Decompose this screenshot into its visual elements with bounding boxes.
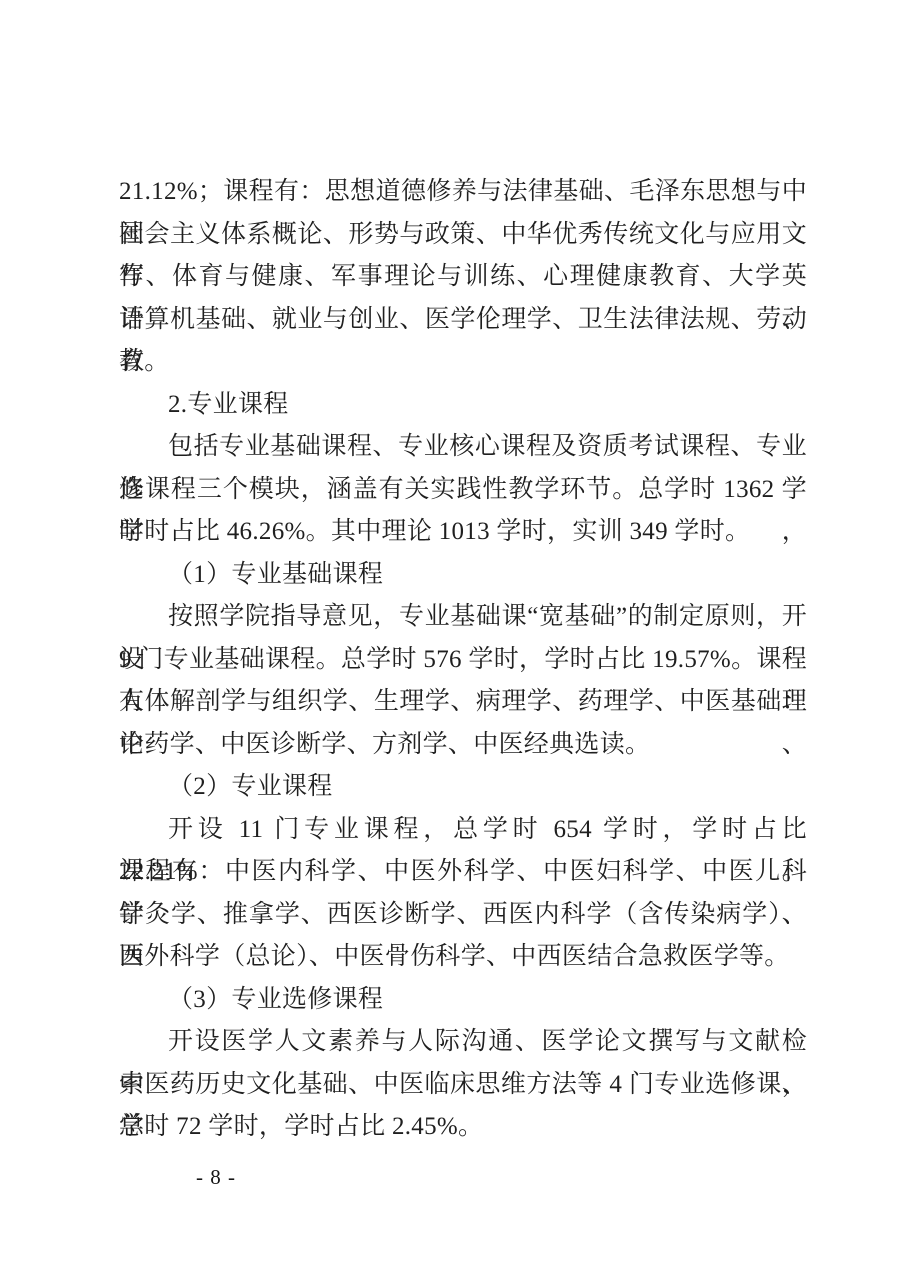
text-line: 计算机基础、就业与创业、医学伦理学、卫生法律法规、劳动教	[119, 299, 807, 342]
text-line: （2）专业课程	[119, 766, 807, 809]
text-line: 学时 72 学时，学时占比 2.45%。	[119, 1106, 807, 1149]
text-line: （3）专业选修课程	[119, 979, 807, 1022]
text-line: 21.12%；课程有：思想道德修养与法律基础、毛泽东思想与中国	[119, 171, 807, 214]
text-line: 人体解剖学与组织学、生理学、病理学、药理学、中医基础理论、	[119, 681, 807, 724]
text-line: 2.专业课程	[119, 384, 807, 427]
text-line: 9 门专业基础课程。总学时 576 学时，学时占比 19.57%。课程有：	[119, 639, 807, 682]
document-body: 21.12%；课程有：思想道德修养与法律基础、毛泽东思想与中国社会主义体系概论、…	[119, 171, 807, 1149]
text-line: 医外科学（总论）、中医骨伤科学、中西医结合急救医学等。	[119, 936, 807, 979]
text-line: 开设医学人文素养与人际沟通、医学论文撰写与文献检索、	[119, 1021, 807, 1064]
text-line: 作、体育与健康、军事理论与训练、心理健康教育、大学英语、	[119, 256, 807, 299]
text-line: 中医药历史文化基础、中医临床思维方法等 4 门专业选修课，总	[119, 1064, 807, 1107]
text-line: 按照学院指导意见，专业基础课“宽基础”的制定原则，开设	[119, 596, 807, 639]
text-line: 修课程三个模块，涵盖有关实践性教学环节。总学时 1362 学时，	[119, 469, 807, 512]
text-line: 针灸学、推拿学、西医诊断学、西医内科学（含传染病学）、西	[119, 894, 807, 937]
text-line: 包括专业基础课程、专业核心课程及资质考试课程、专业选	[119, 426, 807, 469]
text-line: 学时占比 46.26%。其中理论 1013 学时，实训 349 学时。	[119, 511, 807, 554]
text-line: 育。	[119, 341, 807, 384]
text-line: 社会主义体系概论、形势与政策、中华优秀传统文化与应用文写	[119, 214, 807, 257]
text-line: 开设 11 门专业课程，总学时 654 学时，学时占比 22.21%。	[119, 809, 807, 852]
text-line: 课程有：中医内科学、中医外科学、中医妇科学、中医儿科学、	[119, 851, 807, 894]
page-number: - 8 -	[196, 1165, 236, 1189]
text-line: （1）专业基础课程	[119, 554, 807, 597]
document-page: 21.12%；课程有：思想道德修养与法律基础、毛泽东思想与中国社会主义体系概论、…	[0, 0, 904, 1280]
